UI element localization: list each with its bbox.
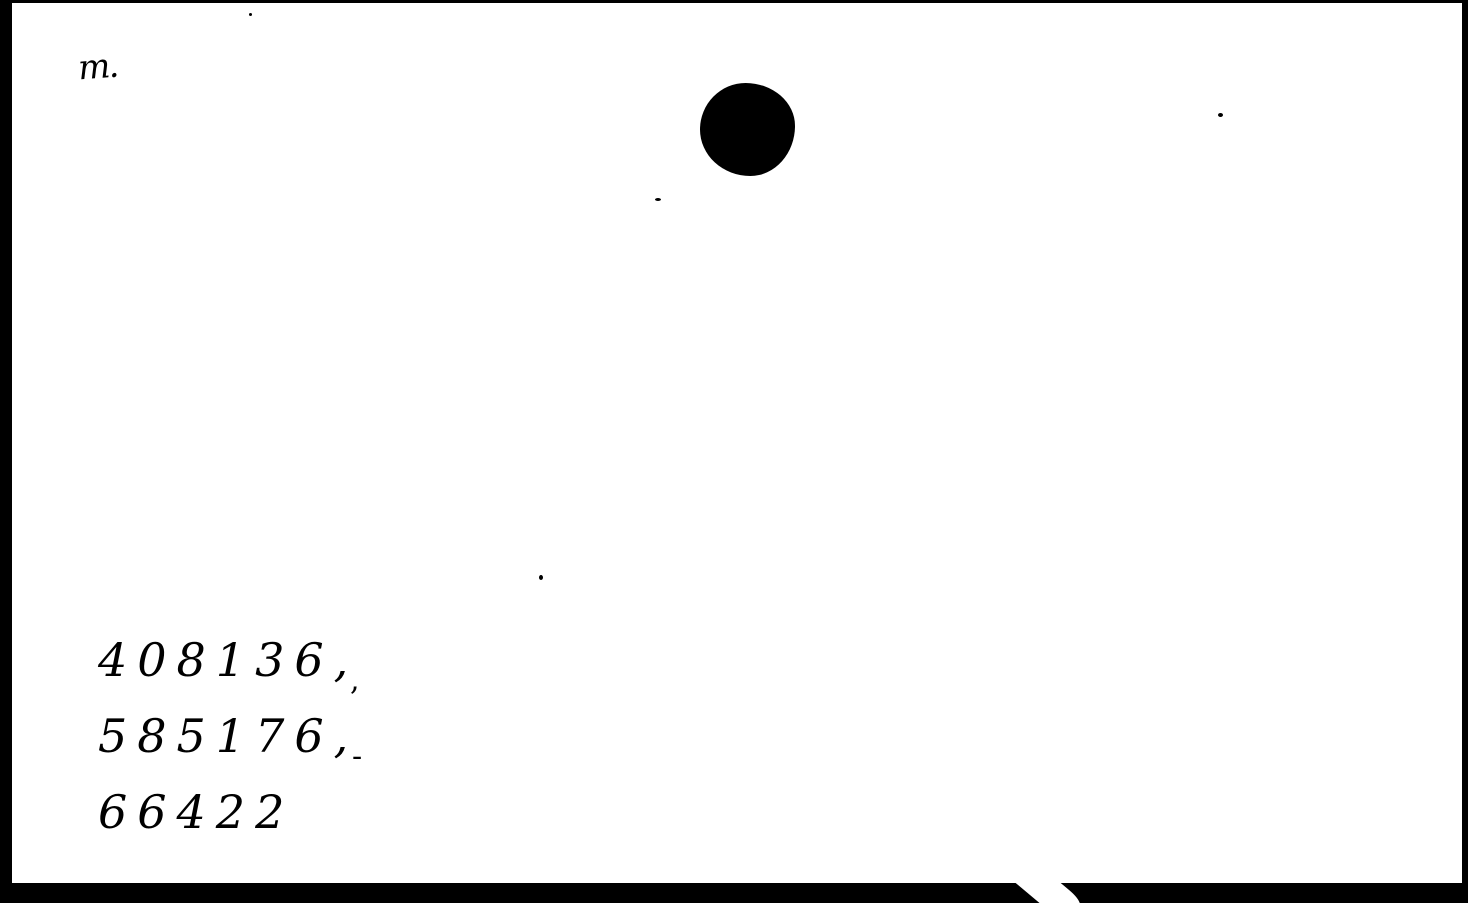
scan-speck bbox=[249, 13, 252, 16]
scan-speck bbox=[1218, 113, 1223, 117]
number-value: 585176 bbox=[98, 709, 334, 763]
handwritten-number-3: 66422 bbox=[98, 785, 294, 839]
scan-speck bbox=[655, 198, 661, 201]
handwritten-initials: m. bbox=[77, 46, 119, 89]
number-value: 408136 bbox=[98, 633, 334, 687]
scan-speck bbox=[539, 575, 543, 580]
trailing-mark-1: , bbox=[350, 663, 360, 698]
number-value: 66422 bbox=[98, 785, 294, 839]
handwritten-number-1: 408136, bbox=[98, 633, 358, 687]
card-edge-curl bbox=[1012, 880, 1093, 903]
trailing-mark-2: - bbox=[352, 739, 362, 774]
punch-hole bbox=[700, 83, 795, 176]
scanned-card: m. 408136, , 585176, - 66422 bbox=[12, 3, 1462, 883]
handwritten-number-2: 585176, bbox=[98, 709, 358, 763]
